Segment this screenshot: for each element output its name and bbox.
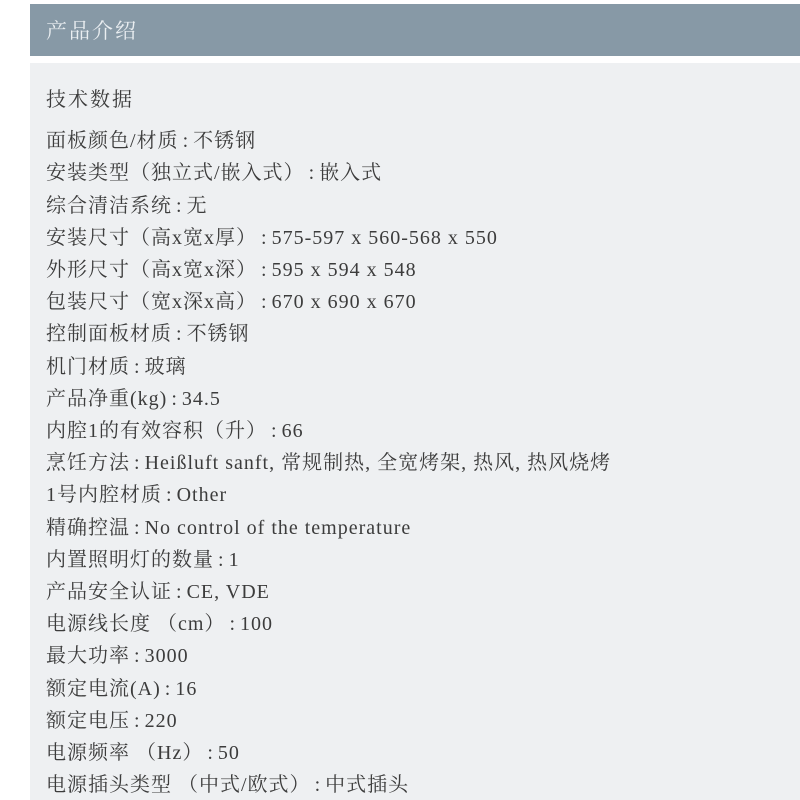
spec-separator: : [311, 774, 326, 796]
spec-label: 控制面板材质 [46, 323, 172, 345]
spec-separator: : [203, 742, 218, 764]
section-header-bar: 产品介绍 [30, 4, 800, 56]
spec-label: 最大功率 [46, 645, 130, 667]
spec-label: 安装尺寸（高x宽x厚） [46, 227, 257, 249]
spec-separator: : [130, 710, 145, 732]
spec-label: 电源线长度 （cm） [46, 613, 225, 635]
spec-separator: : [130, 452, 145, 474]
spec-value: 100 [240, 613, 273, 635]
spec-separator: : [172, 323, 187, 345]
spec-value: 不锈钢 [187, 323, 250, 345]
spec-row: 烹饪方法:Heißluft sanft, 常规制热, 全宽烤架, 热风, 热风烧… [46, 447, 794, 479]
spec-row: 产品安全认证:CE, VDE [46, 576, 794, 608]
spec-value: 无 [187, 195, 208, 217]
spec-row: 内置照明灯的数量:1 [46, 544, 794, 576]
spec-value: 595 x 594 x 548 [272, 259, 417, 281]
spec-row: 1号内腔材质:Other [46, 479, 794, 511]
spec-value: 50 [218, 742, 240, 764]
spec-row: 控制面板材质:不锈钢 [46, 318, 794, 350]
section-header-title: 产品介绍 [46, 15, 138, 45]
spec-row: 安装尺寸（高x宽x厚）:575-597 x 560-568 x 550 [46, 222, 794, 254]
spec-separator: : [305, 162, 320, 184]
spec-row: 产品净重(kg):34.5 [46, 383, 794, 415]
spec-separator: : [130, 517, 145, 539]
spec-separator: : [214, 549, 229, 571]
spec-label: 安装类型（独立式/嵌入式） [46, 162, 305, 184]
spec-label: 内置照明灯的数量 [46, 549, 214, 571]
spec-row: 外形尺寸（高x宽x深）:595 x 594 x 548 [46, 254, 794, 286]
spec-separator: : [167, 388, 182, 410]
spec-separator: : [172, 581, 187, 603]
spec-separator: : [172, 195, 187, 217]
spec-label: 面板颜色/材质 [46, 130, 179, 152]
spec-row: 内腔1的有效容积（升）:66 [46, 415, 794, 447]
spec-row: 综合清洁系统:无 [46, 190, 794, 222]
spec-separator: : [225, 613, 240, 635]
spec-value: 3000 [145, 645, 189, 667]
spec-label: 产品安全认证 [46, 581, 172, 603]
spec-value: 34.5 [182, 388, 221, 410]
spec-row: 额定电流(A):16 [46, 673, 794, 705]
spec-separator: : [161, 678, 176, 700]
spec-row: 最大功率:3000 [46, 640, 794, 672]
spec-value: 1 [229, 549, 240, 571]
spec-label: 包装尺寸（宽x深x高） [46, 291, 257, 313]
spec-separator: : [267, 420, 282, 442]
spec-separator: : [257, 291, 272, 313]
spec-label: 电源频率 （Hz） [46, 742, 203, 764]
spec-row: 电源频率 （Hz）:50 [46, 737, 794, 769]
spec-label: 内腔1的有效容积（升） [46, 420, 267, 442]
spec-value: 16 [175, 678, 197, 700]
spec-label: 精确控温 [46, 517, 130, 539]
spec-label: 电源插头类型 （中式/欧式） [46, 774, 311, 796]
spec-separator: : [162, 484, 177, 506]
spec-row: 额定电压:220 [46, 705, 794, 737]
spec-row: 精确控温:No control of the temperature [46, 512, 794, 544]
spec-separator: : [257, 259, 272, 281]
spec-label: 1号内腔材质 [46, 484, 162, 506]
spec-row: 安装类型（独立式/嵌入式）:嵌入式 [46, 157, 794, 189]
tech-data-panel: 技术数据 面板颜色/材质:不锈钢安装类型（独立式/嵌入式）:嵌入式综合清洁系统:… [30, 63, 800, 800]
spec-label: 综合清洁系统 [46, 195, 172, 217]
spec-value: 中式插头 [325, 774, 409, 796]
spec-row: 包装尺寸（宽x深x高）:670 x 690 x 670 [46, 286, 794, 318]
spec-row: 机门材质:玻璃 [46, 351, 794, 383]
spec-label: 外形尺寸（高x宽x深） [46, 259, 257, 281]
spec-label: 额定电压 [46, 710, 130, 732]
spec-label: 产品净重(kg) [46, 388, 167, 410]
spec-label: 额定电流(A) [46, 678, 161, 700]
spec-value: No control of the temperature [145, 517, 412, 539]
spec-value: CE, VDE [187, 581, 270, 603]
spec-label: 机门材质 [46, 356, 130, 378]
spec-separator: : [130, 645, 145, 667]
spec-value: 嵌入式 [319, 162, 382, 184]
spec-separator: : [257, 227, 272, 249]
spec-value: 220 [145, 710, 178, 732]
spec-row: 电源线长度 （cm）:100 [46, 608, 794, 640]
spec-row: 电源插头类型 （中式/欧式）:中式插头 [46, 769, 794, 800]
tech-data-title: 技术数据 [46, 84, 794, 116]
product-intro-page: 产品介绍 技术数据 面板颜色/材质:不锈钢安装类型（独立式/嵌入式）:嵌入式综合… [0, 0, 800, 800]
spec-row: 面板颜色/材质:不锈钢 [46, 125, 794, 157]
spec-value: Heißluft sanft, 常规制热, 全宽烤架, 热风, 热风烧烤 [145, 452, 612, 474]
spec-label: 烹饪方法 [46, 452, 130, 474]
spec-value: Other [177, 484, 228, 506]
spec-value: 玻璃 [145, 356, 187, 378]
spec-separator: : [179, 130, 194, 152]
spec-value: 66 [282, 420, 304, 442]
spec-value: 不锈钢 [193, 130, 256, 152]
spec-value: 670 x 690 x 670 [272, 291, 417, 313]
spec-value: 575-597 x 560-568 x 550 [272, 227, 498, 249]
spec-list: 面板颜色/材质:不锈钢安装类型（独立式/嵌入式）:嵌入式综合清洁系统:无安装尺寸… [46, 125, 794, 800]
spec-separator: : [130, 356, 145, 378]
